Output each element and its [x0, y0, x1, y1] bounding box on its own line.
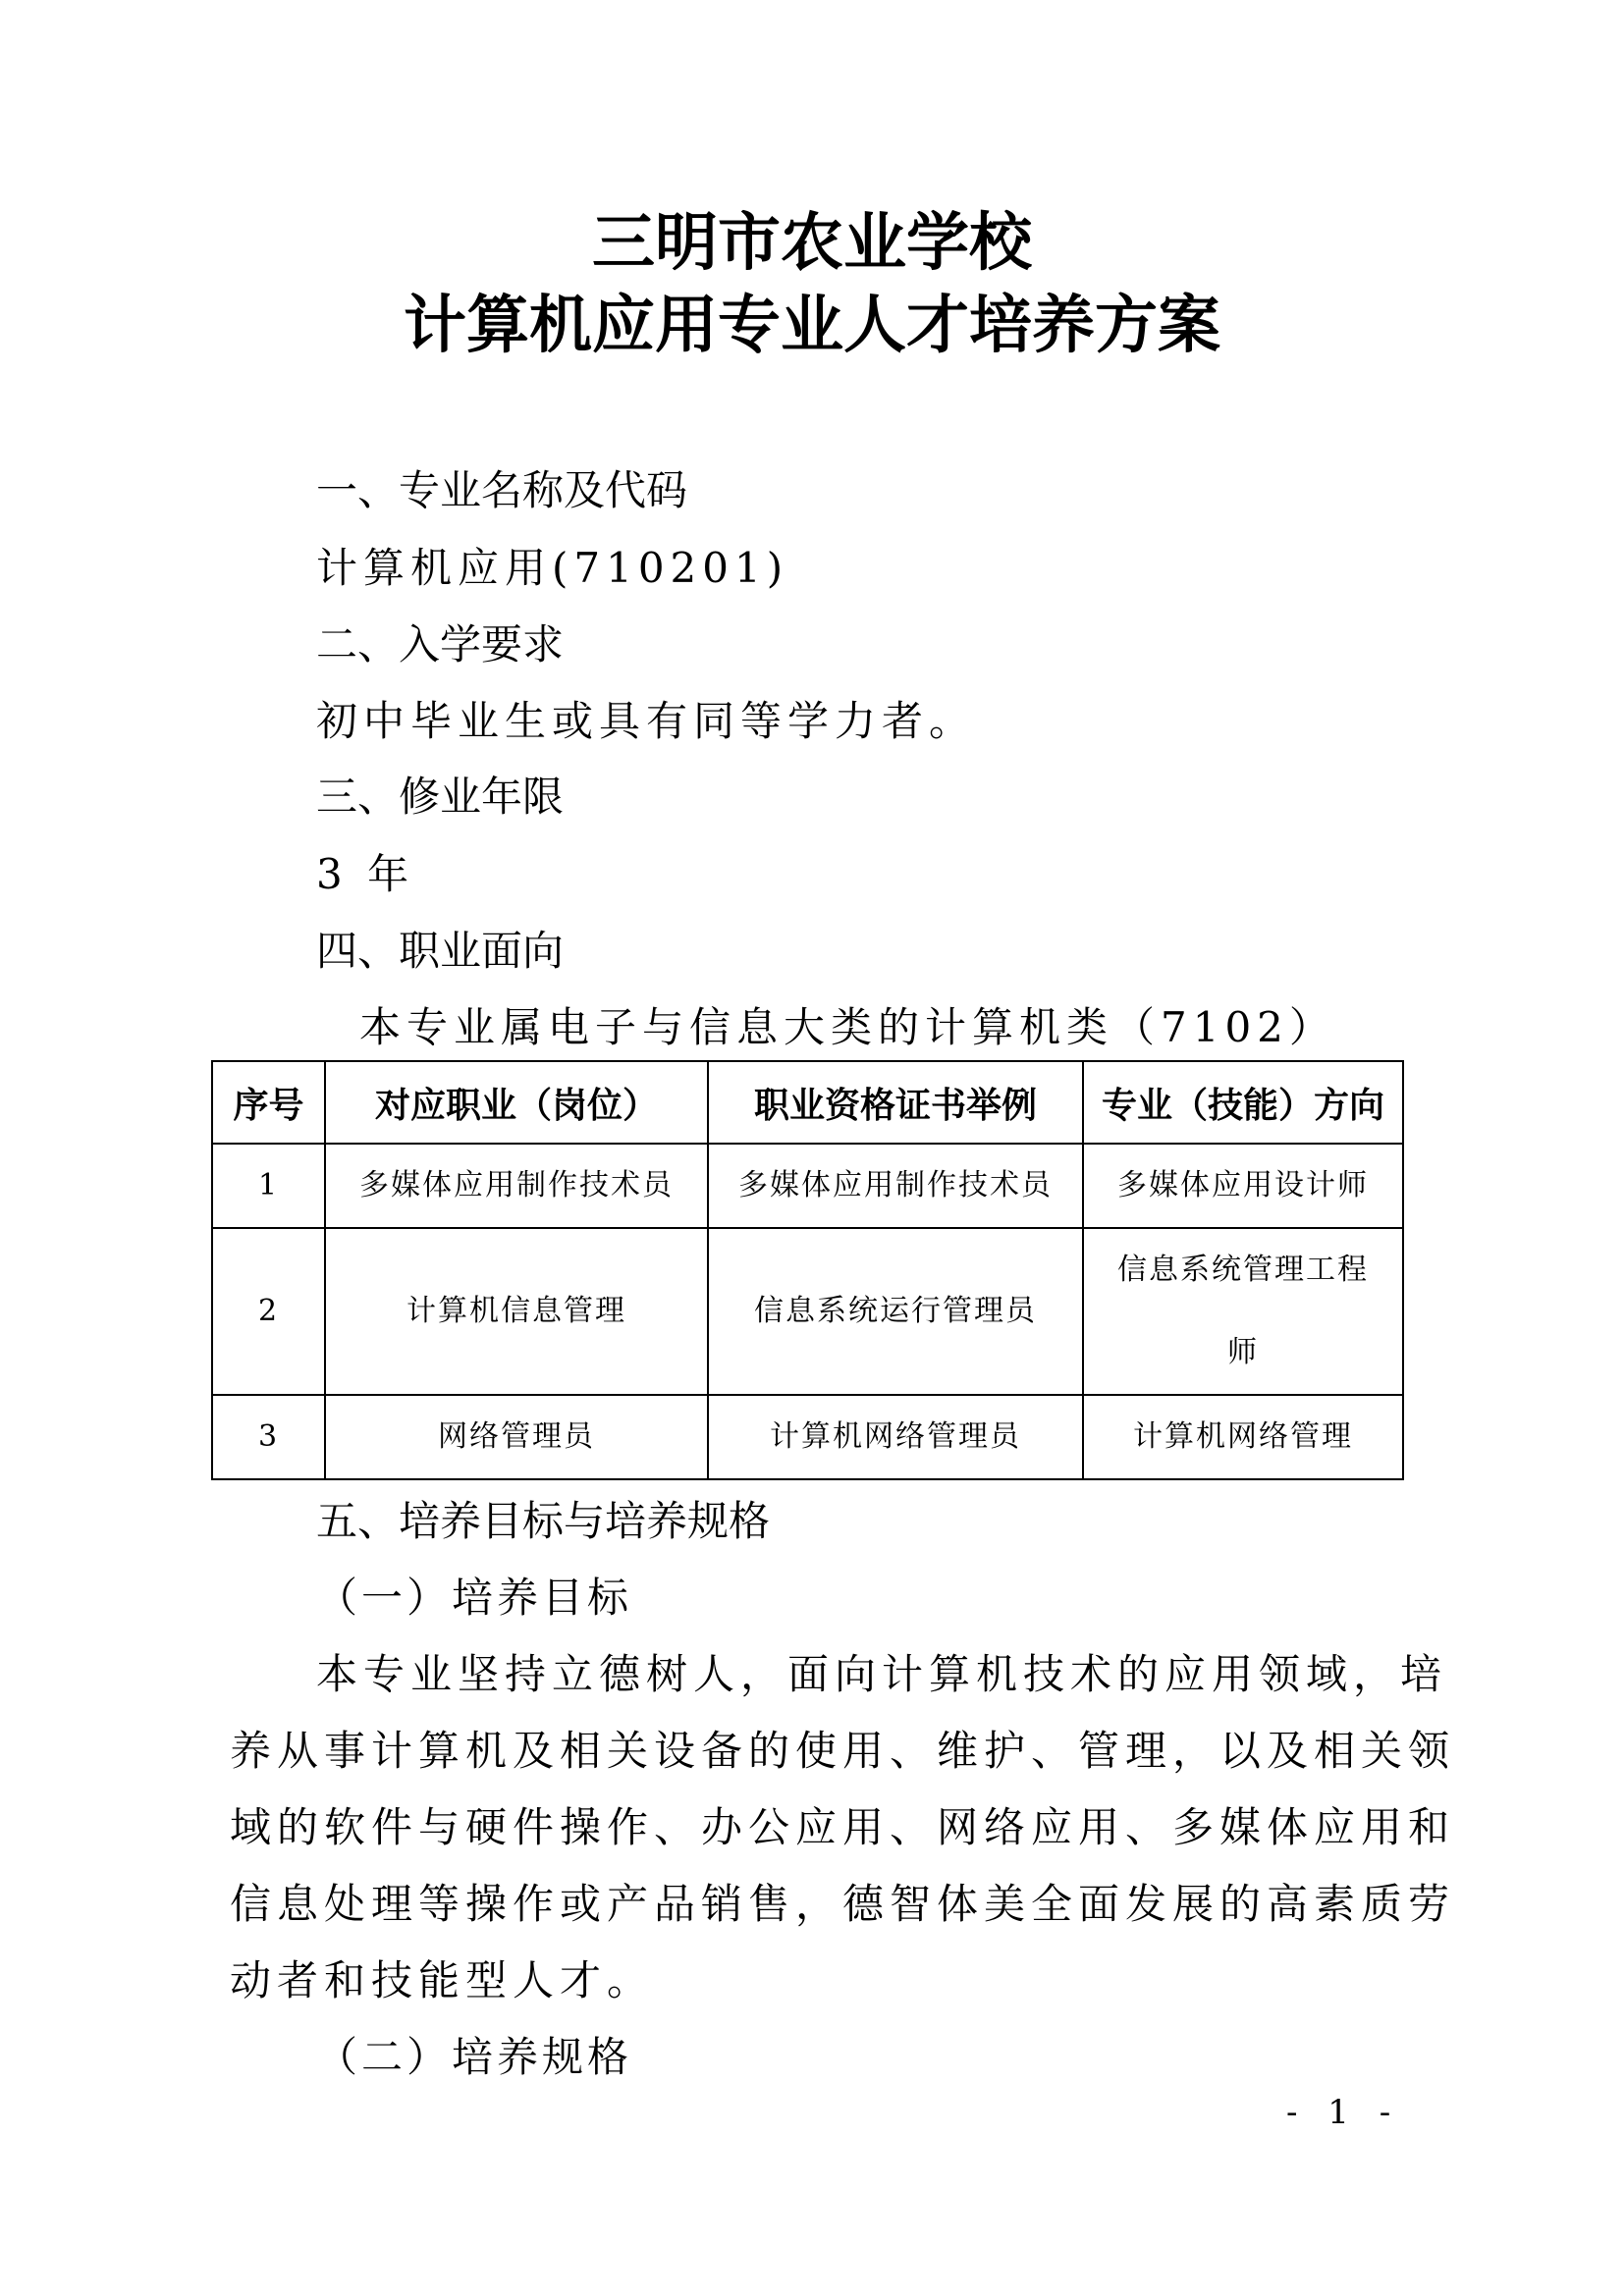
cell-job: 网络管理员 [325, 1395, 708, 1479]
cell-certificate: 多媒体应用制作技术员 [708, 1144, 1083, 1228]
section-content-2: 初中毕业生或具有同等学力者。 [316, 692, 976, 751]
table-row: 2 计算机信息管理 信息系统运行管理员 信息系统管理工程师 [212, 1228, 1403, 1395]
table-row: 3 网络管理员 计算机网络管理员 计算机网络管理 [212, 1395, 1403, 1479]
cell-job: 计算机信息管理 [325, 1228, 708, 1395]
section-heading-2: 二、入学要求 [316, 615, 564, 674]
subsection-heading-goals: （一）培养目标 [316, 1569, 632, 1628]
goal-paragraph-line: 域的软件与硬件操作、办公应用、网络应用、多媒体应用和 [230, 1798, 1455, 1857]
header-direction: 专业（技能）方向 [1083, 1061, 1403, 1144]
cell-certificate: 计算机网络管理员 [708, 1395, 1083, 1479]
table-header-row: 序号 对应职业（岗位） 职业资格证书举例 专业（技能）方向 [212, 1061, 1403, 1144]
cell-index: 2 [212, 1228, 325, 1395]
section-content-1: 计算机应用(710201) [316, 539, 788, 598]
section-content-3: 3 年 [316, 845, 414, 904]
goal-paragraph-line: 信息处理等操作或产品销售，德智体美全面发展的高素质劳 [230, 1875, 1455, 1934]
table-row: 1 多媒体应用制作技术员 多媒体应用制作技术员 多媒体应用设计师 [212, 1144, 1403, 1228]
section-heading-4: 四、职业面向 [316, 922, 564, 981]
header-index: 序号 [212, 1061, 325, 1144]
document-title-school: 三明市农业学校 [0, 204, 1624, 283]
cell-job: 多媒体应用制作技术员 [325, 1144, 708, 1228]
section-heading-3: 三、修业年限 [316, 768, 564, 827]
cell-direction: 计算机网络管理 [1083, 1395, 1403, 1479]
career-table: 序号 对应职业（岗位） 职业资格证书举例 专业（技能）方向 1 多媒体应用制作技… [211, 1060, 1404, 1480]
cell-index: 3 [212, 1395, 325, 1479]
cell-certificate: 信息系统运行管理员 [708, 1228, 1083, 1395]
goal-paragraph-line: 动者和技能型人才。 [230, 1951, 654, 2010]
goal-paragraph-line: 本专业坚持立德树人，面向计算机技术的应用领域，培 [316, 1645, 1447, 1704]
page-number: - 1 - [1286, 2093, 1400, 2132]
cell-index: 1 [212, 1144, 325, 1228]
section-heading-1: 一、专业名称及代码 [316, 461, 687, 520]
cell-direction: 信息系统管理工程师 [1083, 1228, 1403, 1395]
subsection-heading-specs: （二）培养规格 [316, 2028, 632, 2087]
section-content-4: 本专业属电子与信息大类的计算机类（7102） [359, 998, 1336, 1057]
document-title-program: 计算机应用专业人才培养方案 [0, 287, 1624, 365]
section-heading-5: 五、培养目标与培养规格 [316, 1492, 770, 1551]
header-job: 对应职业（岗位） [325, 1061, 708, 1144]
header-certificate: 职业资格证书举例 [708, 1061, 1083, 1144]
goal-paragraph-line: 养从事计算机及相关设备的使用、维护、管理，以及相关领 [230, 1722, 1455, 1781]
cell-direction: 多媒体应用设计师 [1083, 1144, 1403, 1228]
